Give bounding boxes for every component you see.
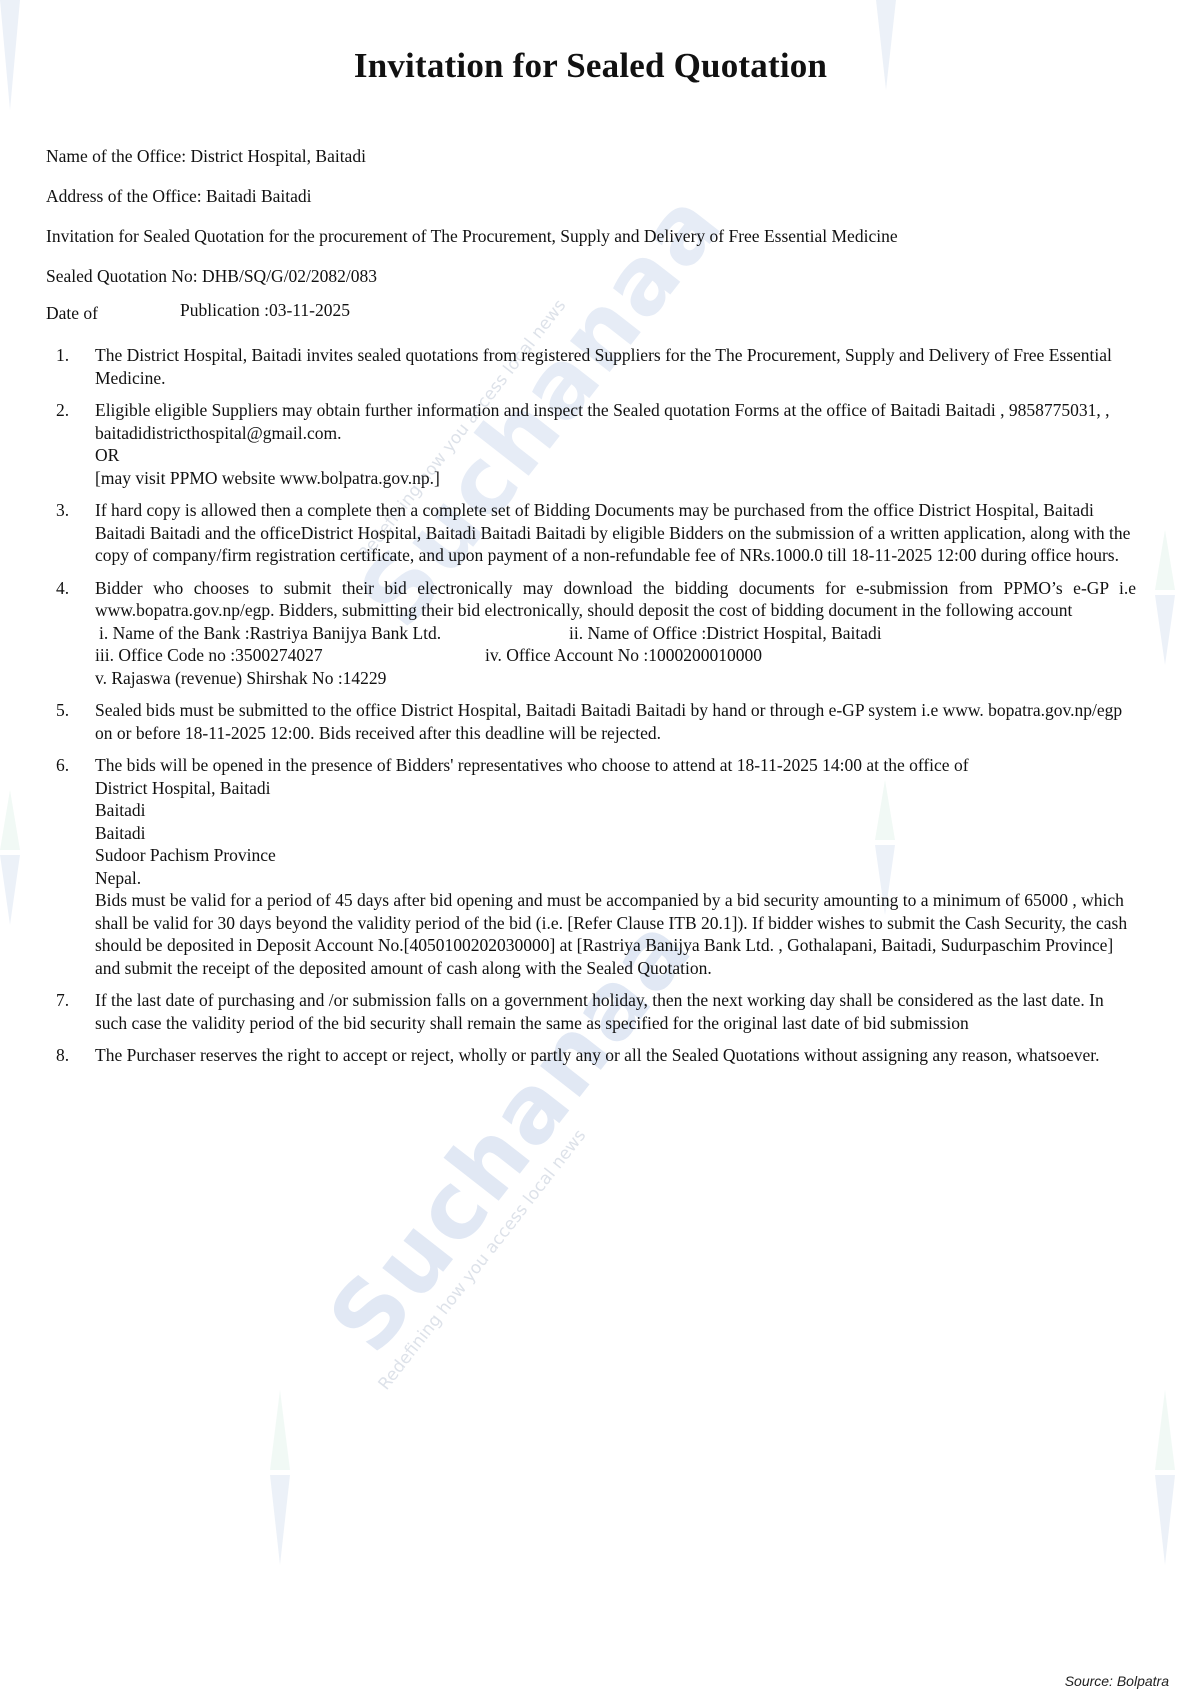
document-title: Invitation for Sealed Quotation	[0, 46, 1181, 86]
invitation-line: Invitation for Sealed Quotation for the …	[46, 226, 898, 247]
account-row: i. Name of the Bank :Rastriya Banijya Ba…	[95, 622, 1136, 645]
clause-item: 1. The District Hospital, Baitadi invite…	[46, 344, 1136, 389]
clause-list: 1. The District Hospital, Baitadi invite…	[46, 344, 1136, 1077]
clause-number: 4.	[56, 577, 69, 600]
watermark-arrow-icon	[1155, 1475, 1175, 1565]
publication-value: Publication :03-11-2025	[180, 300, 350, 320]
opening-country: Nepal.	[95, 867, 1136, 890]
clause-item: 7. If the last date of purchasing and /o…	[46, 989, 1136, 1034]
watermark-arrow-icon	[1155, 1390, 1175, 1470]
watermark-arrow-icon	[1155, 595, 1175, 665]
publication-date: Date ofPublication :03-11-2025	[46, 303, 350, 324]
quotation-number: Sealed Quotation No: DHB/SQ/G/02/2082/08…	[46, 266, 377, 287]
watermark-arrow-icon	[0, 790, 20, 850]
account-office-name: ii. Name of Office :District Hospital, B…	[569, 622, 882, 645]
clause-item: 6. The bids will be opened in the presen…	[46, 754, 1136, 979]
clause-text: Eligible eligible Suppliers may obtain f…	[95, 399, 1136, 444]
office-name: Name of the Office: District Hospital, B…	[46, 146, 366, 167]
watermark-tagline-bottom: Redefining how you access local news	[375, 1126, 591, 1394]
bank-name: i. Name of the Bank :Rastriya Banijya Ba…	[95, 622, 569, 645]
clause-item: 2. Eligible eligible Suppliers may obtai…	[46, 399, 1136, 489]
clause-number: 7.	[56, 989, 69, 1012]
clause-text: If hard copy is allowed then a complete …	[95, 499, 1136, 567]
opening-office: District Hospital, Baitadi	[95, 777, 1136, 800]
bid-validity-text: Bids must be valid for a period of 45 da…	[95, 889, 1136, 979]
clause-number: 5.	[56, 699, 69, 722]
date-label: Date of	[46, 303, 98, 323]
opening-province: Sudoor Pachism Province	[95, 844, 1136, 867]
clause-number: 8.	[56, 1044, 69, 1067]
clause-item: 3. If hard copy is allowed then a comple…	[46, 499, 1136, 567]
clause-number: 1.	[56, 344, 69, 367]
source-credit: Source: Bolpatra	[1065, 1673, 1169, 1689]
clause-text: Bidder who chooses to submit their bid e…	[95, 577, 1136, 622]
clause-text: Sealed bids must be submitted to the off…	[95, 699, 1136, 744]
clause-number: 6.	[56, 754, 69, 777]
clause-text-website: [may visit PPMO website www.bolpatra.gov…	[95, 467, 1136, 490]
watermark-arrow-icon	[270, 1475, 290, 1565]
opening-address-line: Baitadi	[95, 822, 1136, 845]
watermark-arrow-icon	[0, 855, 20, 925]
revenue-head: v. Rajaswa (revenue) Shirshak No :14229	[95, 667, 1136, 690]
office-account-number: iv. Office Account No :1000200010000	[485, 644, 762, 667]
office-address: Address of the Office: Baitadi Baitadi	[46, 186, 312, 207]
clause-text: The District Hospital, Baitadi invites s…	[95, 344, 1136, 389]
clause-text: The bids will be opened in the presence …	[95, 754, 1136, 777]
clause-item: 4. Bidder who chooses to submit their bi…	[46, 577, 1136, 690]
clause-text: If the last date of purchasing and /or s…	[95, 989, 1136, 1034]
clause-item: 5. Sealed bids must be submitted to the …	[46, 699, 1136, 744]
watermark-arrow-icon	[270, 1390, 290, 1470]
clause-item: 8. The Purchaser reserves the right to a…	[46, 1044, 1136, 1067]
clause-number: 3.	[56, 499, 69, 522]
watermark-arrow-icon	[1155, 530, 1175, 590]
account-row: iii. Office Code no :3500274027 iv. Offi…	[95, 644, 1136, 667]
clause-text: The Purchaser reserves the right to acce…	[95, 1044, 1136, 1067]
clause-number: 2.	[56, 399, 69, 422]
opening-address-line: Baitadi	[95, 799, 1136, 822]
clause-text-or: OR	[95, 444, 1136, 467]
office-code: iii. Office Code no :3500274027	[95, 644, 485, 667]
